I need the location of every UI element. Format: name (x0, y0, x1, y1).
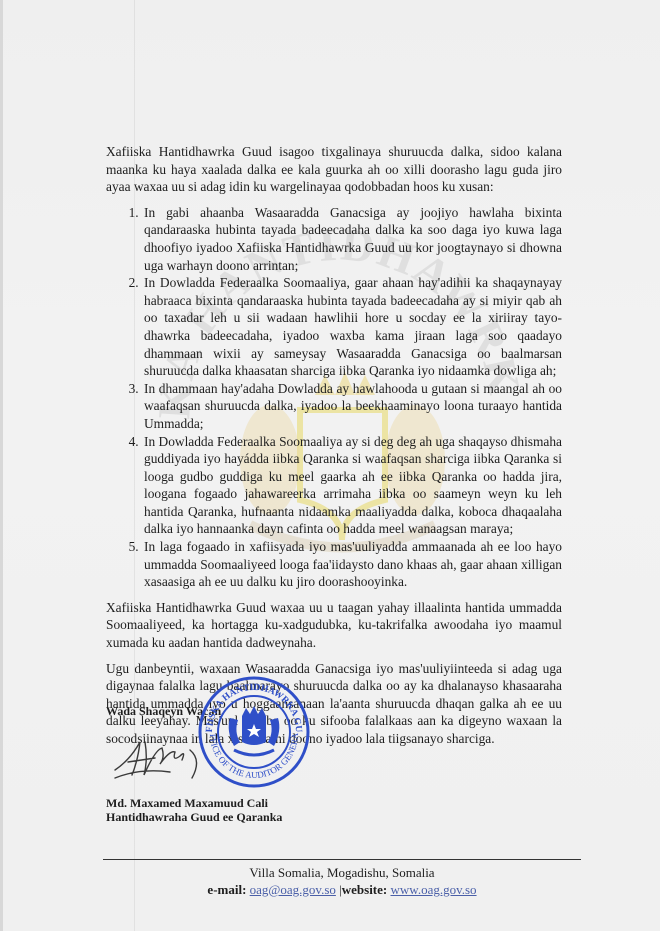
letter-body: Xafiiska Hantidhawrka Guud isagoo tixgal… (106, 143, 562, 756)
list-item: In dhammaan hay'adaha Dowladda ay hawlah… (142, 380, 562, 433)
signer-block: Md. Maxamed Maxamuud Cali Hantidhawraha … (106, 796, 282, 824)
intro-paragraph: Xafiiska Hantidhawrka Guud isagoo tixgal… (106, 143, 562, 196)
list-item: In Dowladda Federaalka Soomaaliya ay si … (142, 433, 562, 539)
signer-title: Hantidhawraha Guud ee Qaranka (106, 810, 282, 824)
email-label: e-mail: (207, 882, 246, 897)
footer: Villa Somalia, Mogadishu, Somalia e-mail… (103, 864, 581, 898)
footer-contact: e-mail: oag@oag.gov.so |website: www.oag… (103, 881, 581, 898)
list-item: In laga fogaado in xafiisyada iyo mas'uu… (142, 538, 562, 591)
signer-name: Md. Maxamed Maxamuud Cali (106, 796, 282, 810)
mission-paragraph: Xafiiska Hantidhawrka Guud waxaa uu u ta… (106, 599, 562, 652)
footer-divider (103, 859, 581, 860)
website-label: website: (342, 882, 388, 897)
page-edge (0, 0, 3, 931)
list-item: In Dowladda Federaalka Soomaaliya, gaar … (142, 274, 562, 380)
website-link[interactable]: www.oag.gov.so (391, 882, 477, 897)
official-stamp-icon: XAFIISKA HANTIDHAWRKA GUUD OFFICE OF THE… (198, 676, 310, 788)
email-link[interactable]: oag@oag.gov.so (250, 882, 336, 897)
footer-address: Villa Somalia, Mogadishu, Somalia (103, 864, 581, 881)
points-list: In gabi ahaanba Wasaaradda Ganacsiga ay … (106, 204, 562, 591)
list-item: In gabi ahaanba Wasaaradda Ganacsiga ay … (142, 204, 562, 274)
letter-page: XAFIISKA HANTIDHAWRKA GUUD Xafiiska Hant… (0, 0, 660, 931)
